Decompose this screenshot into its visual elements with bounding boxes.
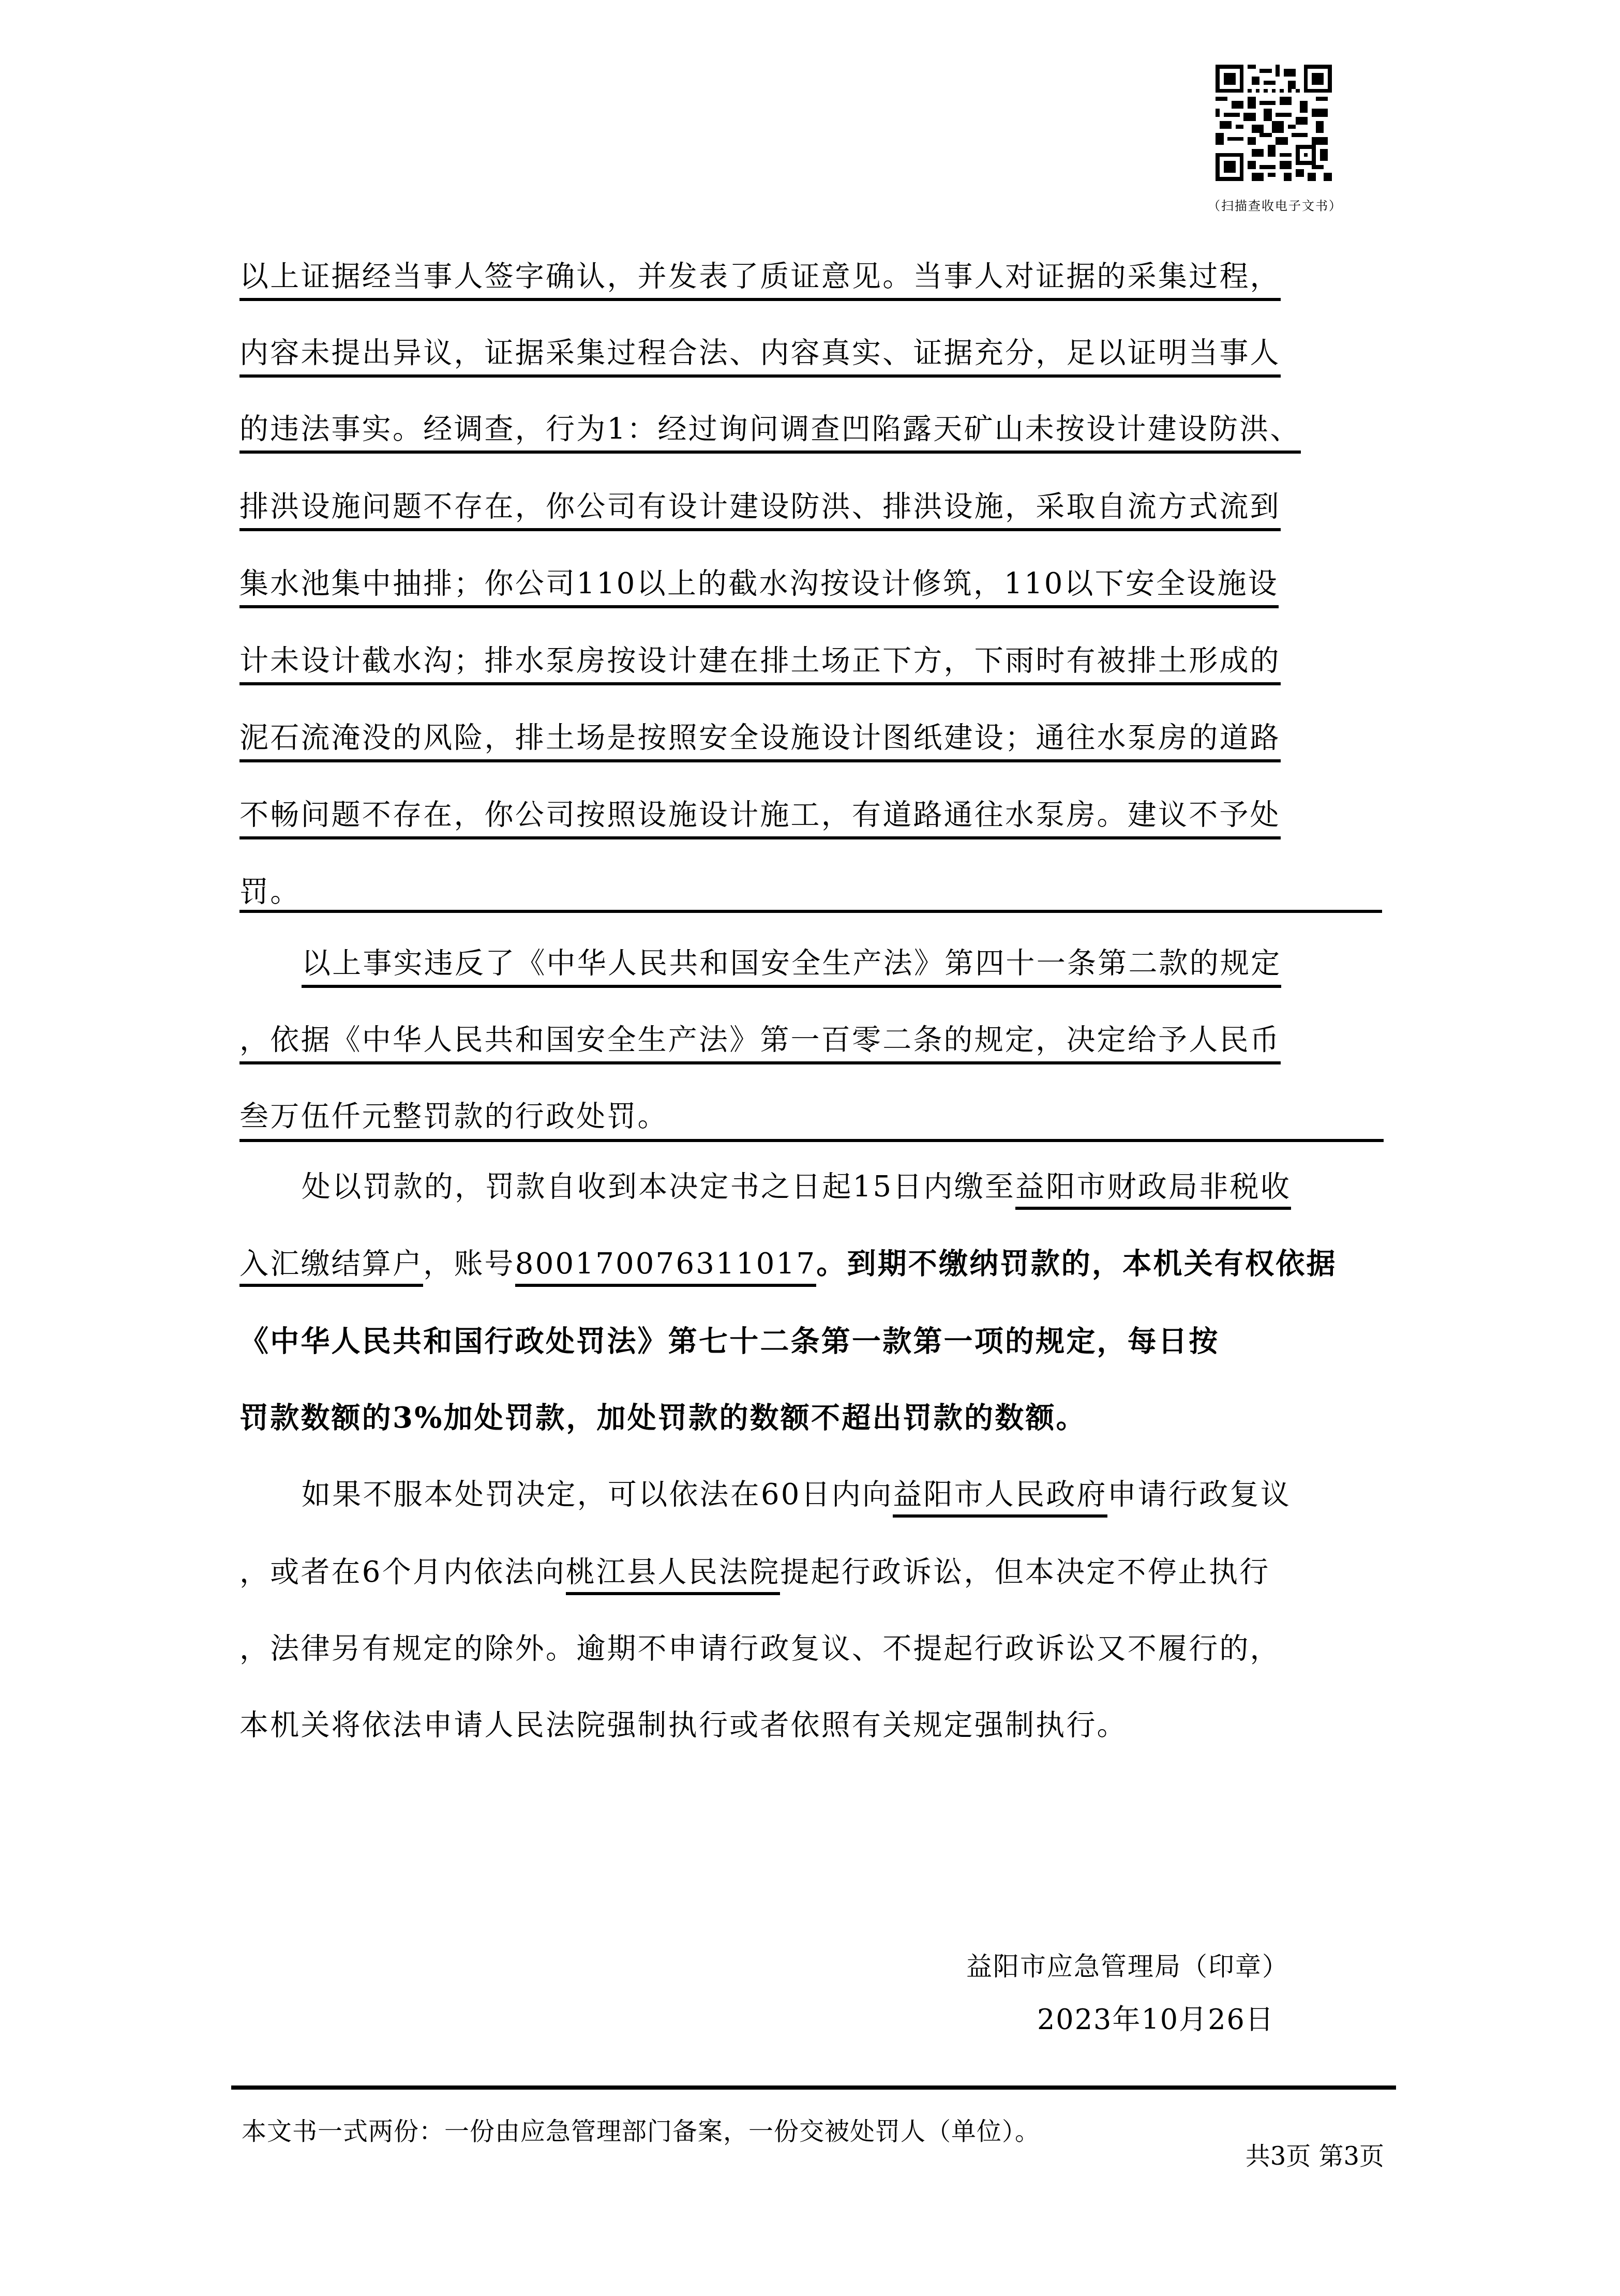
underline-rule [239,1139,1384,1142]
evidence-line: 泥石流淹没的风险，排土场是按照安全设施设计图纸建设；通往水泵房的道路 [239,720,1281,762]
evidence-line: 集水池集中抽排；你公司110以上的截水沟按设计修筑，110以下安全设施设 [239,566,1279,608]
qr-code-icon [1213,65,1334,181]
issue-date: 2023年10月26日 [1037,1998,1274,2037]
appeal-line-3: ，法律另有规定的除外。逾期不申请行政复议、不提起行政诉讼又不履行的， [239,1631,1281,1667]
qr-caption: （扫描查收电子文书） [1190,196,1360,214]
appeal-text: 申请行政复议 [1107,1478,1291,1511]
evidence-line: 计未设计截水沟；排水泵房按设计建在排土场正下方，下雨时有被排土形成的 [239,643,1281,685]
court-name: 桃江县人民法院 [566,1555,780,1595]
appeal-line-1: 如果不服本处罚决定，可以依法在60日内向益阳市人民政府申请行政复议 [302,1477,1291,1513]
payment-line-1: 处以罚款的，罚款自收到本决定书之日起15日内缴至益阳市财政局非税收 [302,1169,1291,1205]
payment-line-4: 罚款数额的3%加处罚款，加处罚款的数额不超出罚款的数额。 [239,1400,1087,1436]
evidence-line: 的违法事实。经调查，行为1：经过询问调查凹陷露天矿山未按设计建设防洪、 [239,411,1301,454]
evidence-line: 不畅问题不存在，你公司按照设施设计施工，有道路通往水泵房。建议不予处 [239,797,1281,839]
late-payment-text: 。到期不缴纳罚款的，本机关有权依据 [816,1247,1337,1281]
violation-line: ，依据《中华人民共和国安全生产法》第一百零二条的规定，决定给予人民币 [239,1022,1281,1064]
footer-rule [231,2085,1396,2090]
footer-note: 本文书一式两份：一份由应急管理部门备案，一份交被处罚人（单位）。 [242,2111,1040,2147]
page-number: 共3页 第3页 [1246,2136,1384,2172]
payment-line-3: 《中华人民共和国行政处罚法》第七十二条第一款第一项的规定，每日按 [239,1323,1219,1359]
account-number: 800170076311017 [515,1247,816,1287]
appeal-line-2: ，或者在6个月内依法向桃江县人民法院提起行政诉讼，但本决定不停止执行 [239,1554,1270,1590]
evidence-line: 排洪设施问题不存在，你公司有设计建设防洪、排洪设施，采取自流方式流到 [239,489,1281,531]
issuing-authority: 益阳市应急管理局（印章） [966,1946,1289,1983]
account-label: ，账号 [423,1247,515,1281]
evidence-line: 罚。 [239,874,301,910]
appeal-text: 如果不服本处罚决定，可以依法在60日内向 [302,1478,893,1511]
evidence-line: 以上证据经当事人签字确认，并发表了质证意见。当事人对证据的采集过程， [239,259,1281,301]
review-organization: 益阳市人民政府 [893,1478,1107,1518]
underline-rule [239,910,1382,913]
violation-line: 叁万伍仟元整罚款的行政处罚。 [239,1099,668,1135]
appeal-text: 提起行政诉讼，但本决定不停止执行 [780,1555,1270,1589]
appeal-text: ，或者在6个月内依法向 [239,1555,566,1589]
appeal-line-4: 本机关将依法申请人民法院强制执行或者依照有关规定强制执行。 [239,1707,1128,1744]
payment-text: 处以罚款的，罚款自收到本决定书之日起15日内缴至 [302,1170,1015,1204]
payee-account-name-cont: 入汇缴结算户 [239,1247,423,1287]
qr-code [1213,65,1334,181]
violation-line: 以上事实违反了《中华人民共和国安全生产法》第四十一条第二款的规定 [302,946,1281,988]
evidence-line: 内容未提出异议，证据采集过程合法、内容真实、证据充分，足以证明当事人 [239,335,1281,378]
payment-line-2: 入汇缴结算户，账号800170076311017。到期不缴纳罚款的，本机关有权依… [239,1245,1337,1282]
payee-account-name: 益阳市财政局非税收 [1015,1170,1291,1210]
